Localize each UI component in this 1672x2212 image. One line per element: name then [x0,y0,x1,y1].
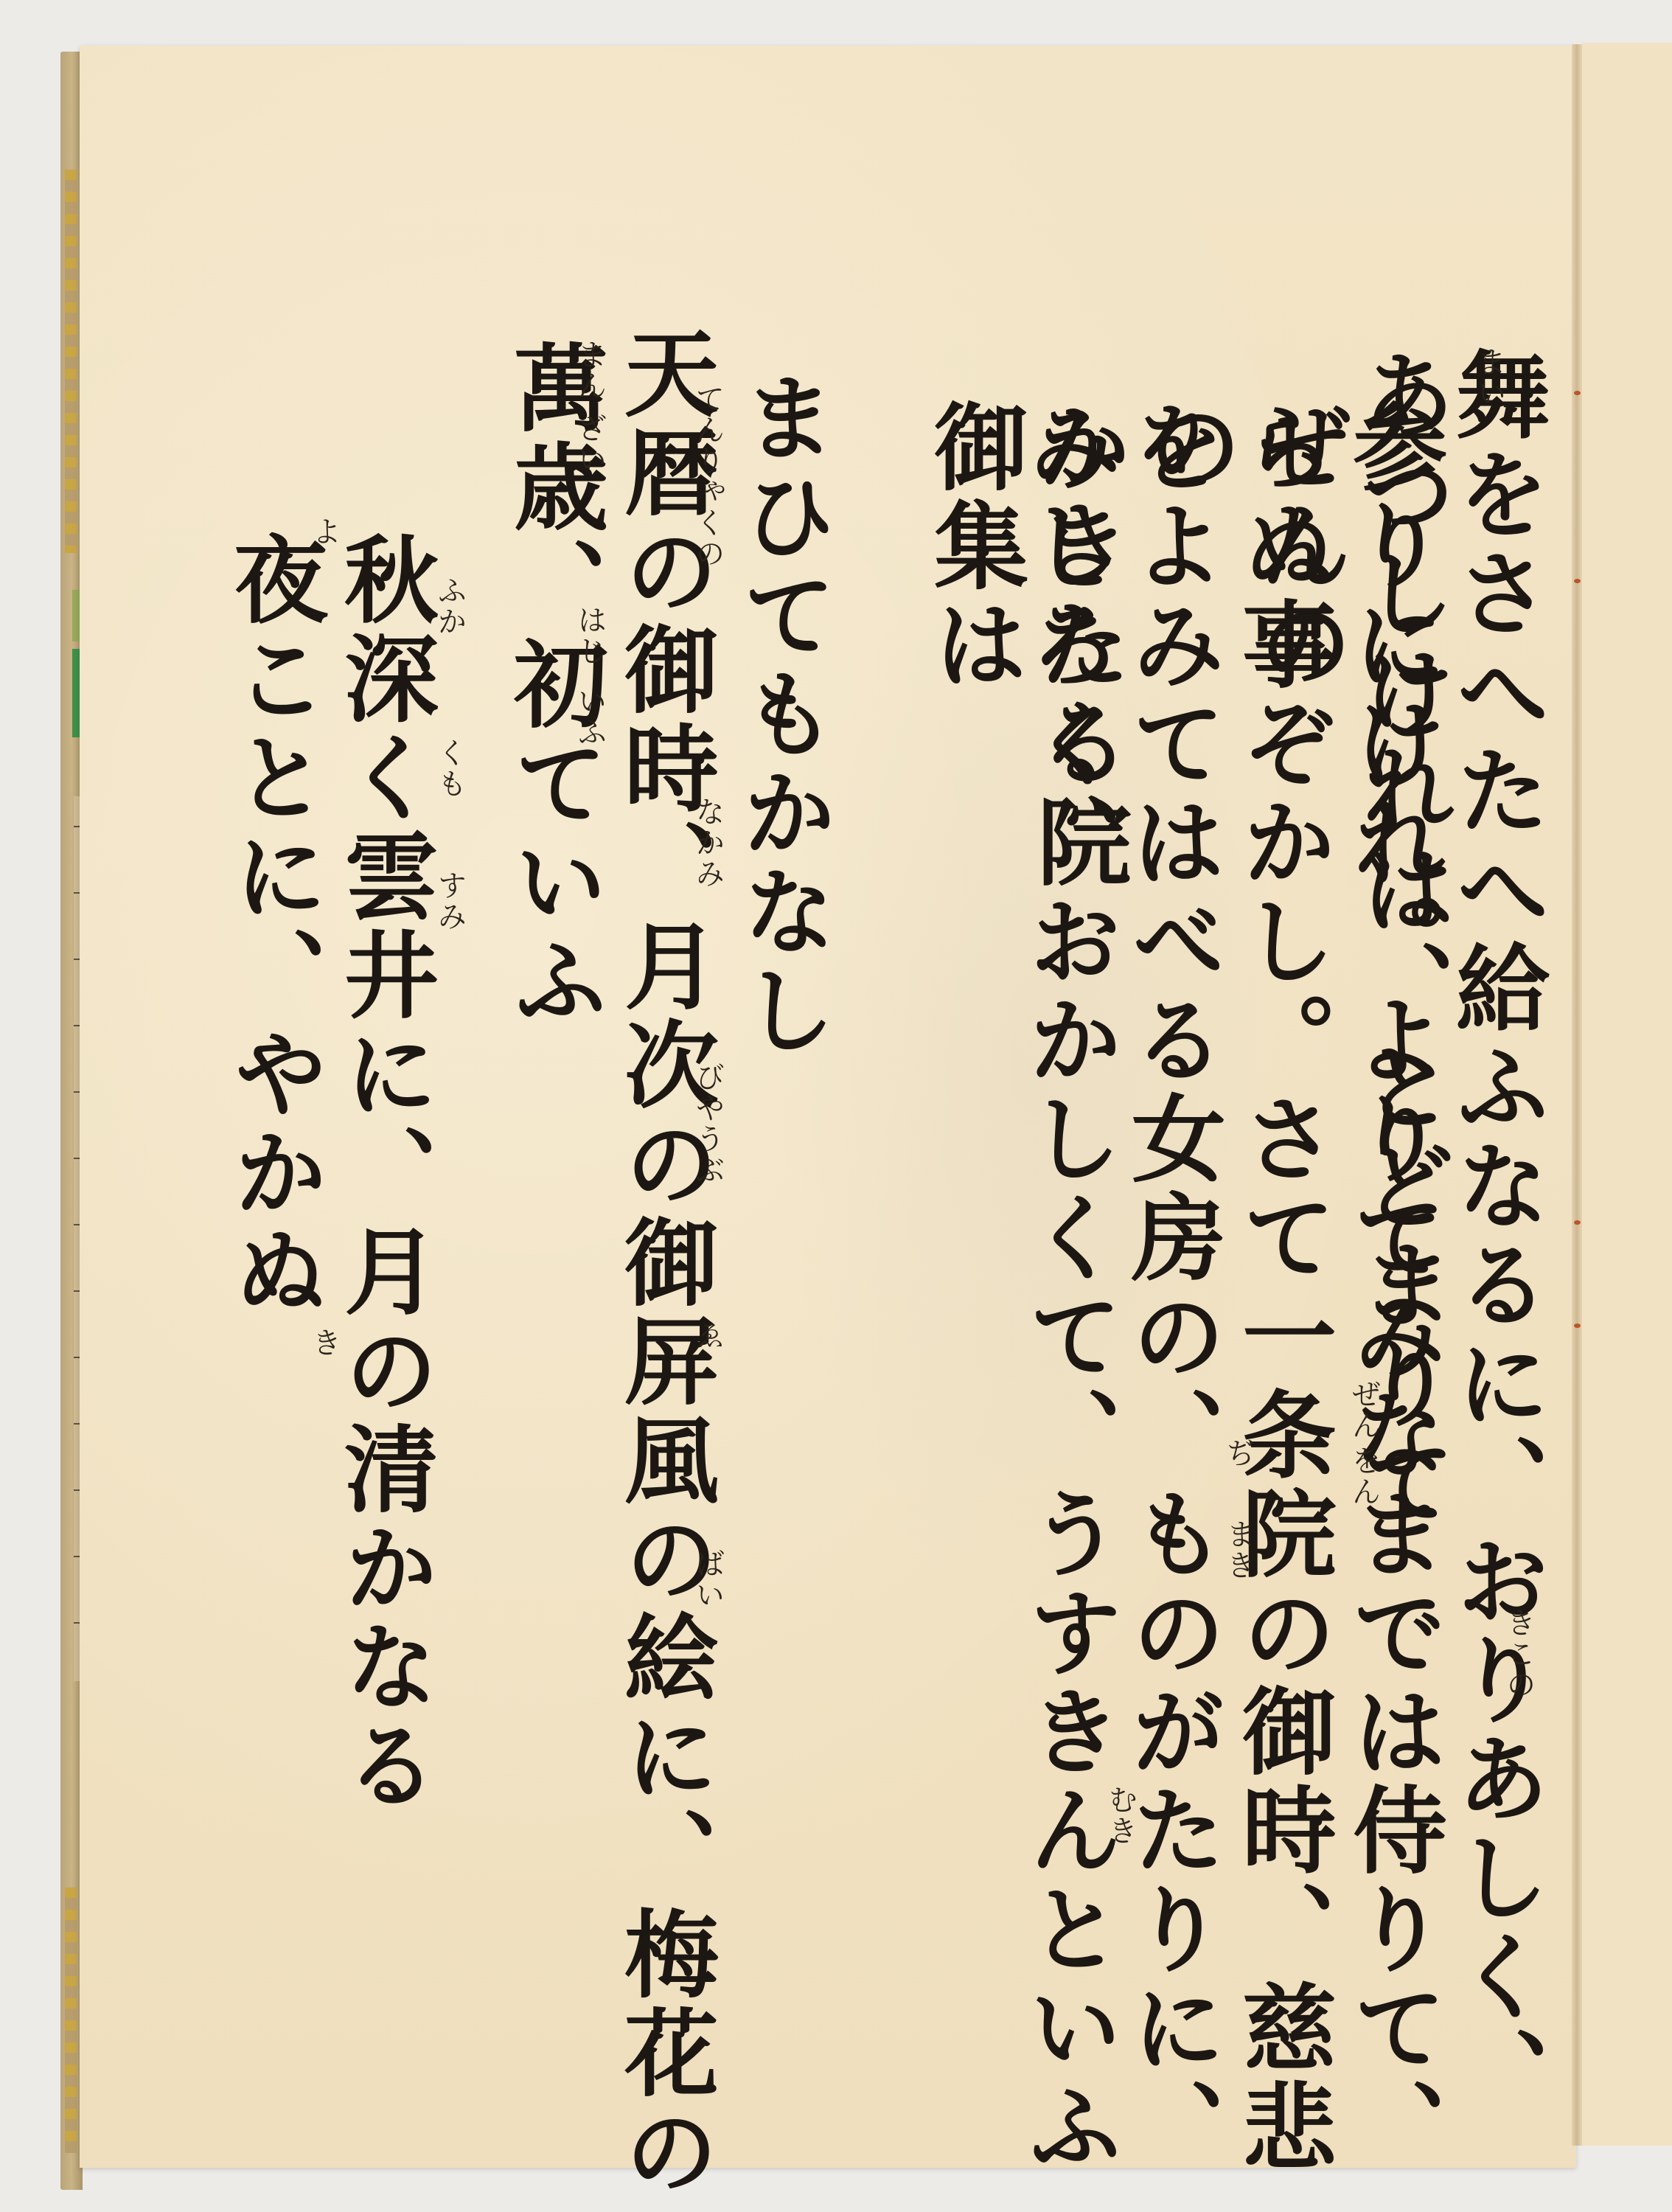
text-column: みしろく、おかしくて、うすきんといふ御集は [926,398,1115,2212]
facing-page-edge [1582,43,1672,2146]
binding-hole [1574,1220,1581,1225]
furigana-gloss: きこの [1504,1607,1533,1700]
furigana-gloss: ぜん [1349,1379,1379,1441]
furigana-gloss: ばい [693,1548,722,1610]
furigana-gloss: まい [1474,347,1504,408]
furigana-gloss: ざい [575,413,605,475]
furigana-gloss: なかみ [693,796,722,889]
text-column: まひてもかなし [734,369,829,1060]
furigana-gloss: よ [310,516,339,547]
furigana-gloss: いふ [575,686,605,748]
page-gutter-fold [1572,44,1582,2146]
furigana-gloss: てんりゃくの [693,383,722,569]
binding-hole [1574,1324,1581,1328]
furigana-gloss: まき [1224,1519,1253,1581]
furigana-gloss: き [310,1327,339,1358]
furigana-gloss: くも [435,737,464,799]
furigana-gloss: すみ [435,870,464,932]
cover-gold-pattern [65,170,77,553]
binding-hole [1574,579,1581,583]
text-column: 秋深く雲井に、月の清かなる [336,531,431,1815]
furigana-gloss: むき [1106,1784,1135,1846]
furigana-gloss: ぢ [1224,1438,1253,1469]
furigana-gloss: びやうぶ [693,1062,722,1186]
text-column: 夜ことに、やかぬ [226,531,320,1321]
binding-hole [1574,391,1581,395]
furigana-gloss: まん [575,339,605,401]
text-column: 天暦の御時、月次の御屏風の絵に、梅花の [616,324,711,2202]
cover-gold-pattern-lower [65,1888,77,2153]
furigana-gloss: はじ [575,605,605,667]
furigana-gloss: ふか [435,575,464,637]
furigana-gloss: ゑ [693,1320,722,1351]
furigana-gloss: をん [1349,1445,1379,1507]
